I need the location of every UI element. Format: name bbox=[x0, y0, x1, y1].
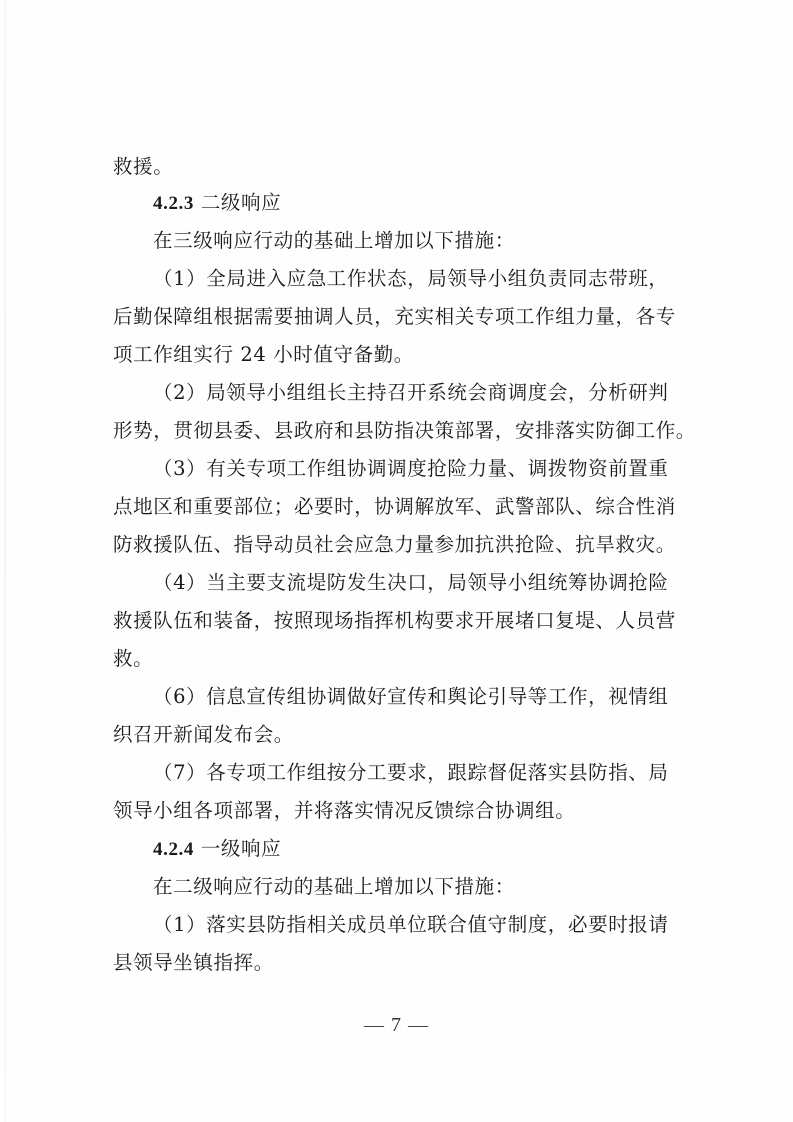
section-heading-4-2-4: 4.2.4 一级响应 bbox=[153, 837, 281, 862]
section-title: 二级响应 bbox=[201, 191, 281, 214]
footer-dash-left: — bbox=[364, 1014, 385, 1036]
page-footer: — 7 — bbox=[0, 1014, 793, 1037]
list-item-2-end: 形势，贯彻县委、县政府和县防指决策部署，安排落实防御工作。 bbox=[113, 419, 696, 443]
list-item-4-end: 救。 bbox=[113, 647, 153, 671]
body-line-intro: 在三级响应行动的基础上增加以下措施： bbox=[153, 229, 515, 253]
section-title: 一级响应 bbox=[201, 837, 281, 860]
list-item-3-cont: 点地区和重要部位；必要时，协调解放军、武警部队、综合性消 bbox=[113, 495, 676, 519]
scan-edge-artifact bbox=[4, 0, 6, 1122]
list-item-2-start: （2）局领导小组组长主持召开系统会商调度会，分析研判 bbox=[153, 381, 669, 405]
body-line-continuation: 救援。 bbox=[113, 155, 173, 179]
list-item-4-cont: 救援队伍和装备，按照现场指挥机构要求开展堵口复堤、人员营 bbox=[113, 609, 676, 633]
section-number: 4.2.4 bbox=[153, 839, 194, 860]
list-item-1-start: （1）落实县防指相关成员单位联合值守制度，必要时报请 bbox=[153, 913, 669, 937]
list-item-7-end: 领导小组各项部署，并将落实情况反馈综合协调组。 bbox=[113, 799, 575, 823]
list-item-1-start: （1）全局进入应急工作状态，局领导小组负责同志带班， bbox=[153, 267, 669, 291]
footer-dash-right: — bbox=[408, 1014, 429, 1036]
body-line-intro: 在二级响应行动的基础上增加以下措施： bbox=[153, 875, 515, 899]
list-item-1-cont: 后勤保障组根据需要抽调人员，充实相关专项工作组力量，各专 bbox=[113, 305, 676, 329]
page-number: 7 bbox=[391, 1014, 402, 1036]
list-item-4-start: （4）当主要支流堤防发生决口，局领导小组统筹协调抢险 bbox=[153, 571, 669, 595]
list-item-1-end: 县领导坐镇指挥。 bbox=[113, 951, 274, 975]
list-item-3-end: 防救援队伍、指导动员社会应急力量参加抗洪抢险、抗旱救灾。 bbox=[113, 533, 676, 557]
section-number: 4.2.3 bbox=[153, 193, 194, 214]
list-item-6-end: 织召开新闻发布会。 bbox=[113, 723, 294, 747]
list-item-6-start: （6）信息宣传组协调做好宣传和舆论引导等工作，视情组 bbox=[153, 685, 669, 709]
list-item-7-start: （7）各专项工作组按分工要求，跟踪督促落实县防指、局 bbox=[153, 761, 669, 785]
section-heading-4-2-3: 4.2.3 二级响应 bbox=[153, 191, 281, 216]
list-item-1-end: 项工作组实行 24 小时值守备勤。 bbox=[113, 343, 414, 367]
list-item-3-start: （3）有关专项工作组协调调度抢险力量、调拨物资前置重 bbox=[153, 457, 669, 481]
